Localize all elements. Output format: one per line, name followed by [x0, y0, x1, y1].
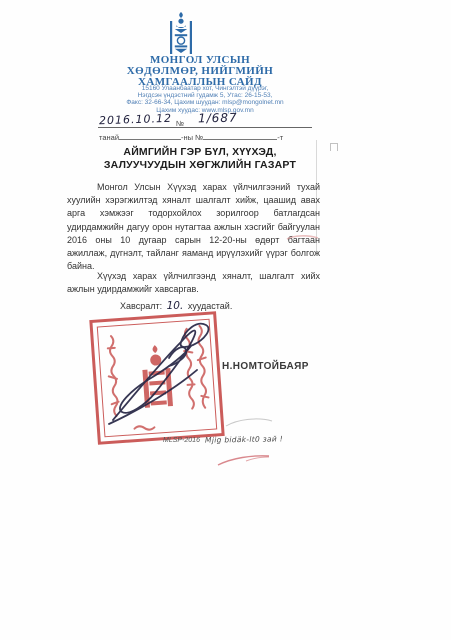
red-ink-smudge	[286, 233, 320, 243]
pencil-corner-mark	[330, 143, 338, 151]
blank-underline	[203, 132, 277, 140]
address-line: Нэгдсэн үндэстний гудамж 5, Утас: 26-15-…	[60, 92, 350, 99]
addressee-heading-line: ЗАЛУУЧУУДЫН ХӨГЖЛИЙН ГАЗАРТ	[60, 159, 340, 172]
scanned-letter-page: { "letterhead": { "emblem_icon": "soyomb…	[0, 0, 451, 640]
addressee-heading-line: АЙМГИЙН ГЭР БҮЛ, ХҮҮХЭД,	[60, 146, 340, 159]
body-paragraph-2: Хүүхэд харах үйлчилгээнд хяналт, шалгалт…	[67, 270, 320, 296]
soyombo-icon	[170, 12, 192, 54]
handwritten-date: 2016.10.12	[99, 112, 172, 128]
ministry-title-line: ХӨДӨЛМӨР, НИЙГМИЙН	[60, 66, 340, 77]
recipient-prefix: танай	[99, 133, 119, 142]
signatory-name: Н.НОМТОЙБАЯР	[222, 361, 309, 372]
address-line: Факс: 32-66-34, Цахим шуудан: mlsp@mongo…	[60, 99, 350, 106]
document-code: MLSP-2016	[163, 437, 200, 444]
addressee-heading: АЙМГИЙН ГЭР БҮЛ, ХҮҮХЭД, ЗАЛУУЧУУДЫН ХӨГ…	[60, 146, 340, 171]
handwritten-footer-note: Мjig bidäk-lt0 зай !	[205, 434, 283, 444]
ministry-title: МОНГОЛ УЛСЫН ХӨДӨЛМӨР, НИЙГМИЙН ХАМГААЛЛ…	[60, 55, 340, 87]
letterhead-address: 15160 Улаанбаатар хот, Чингэлтэй дүүрэг,…	[60, 85, 350, 114]
handwritten-ref-number: 1/687	[198, 111, 238, 126]
red-underline-swoosh	[216, 452, 272, 468]
body-paragraph-1: Монгол Улсын Хүүхэд харах үйлчилгээний т…	[67, 181, 320, 273]
recipient-form-line: танай-ны №-т	[99, 132, 283, 142]
recipient-suffix: -т	[277, 133, 283, 142]
reference-underline	[98, 127, 312, 128]
recipient-middle: -ны №	[181, 133, 203, 142]
blank-underline	[119, 132, 181, 140]
pencil-swoosh-mark	[224, 415, 274, 429]
